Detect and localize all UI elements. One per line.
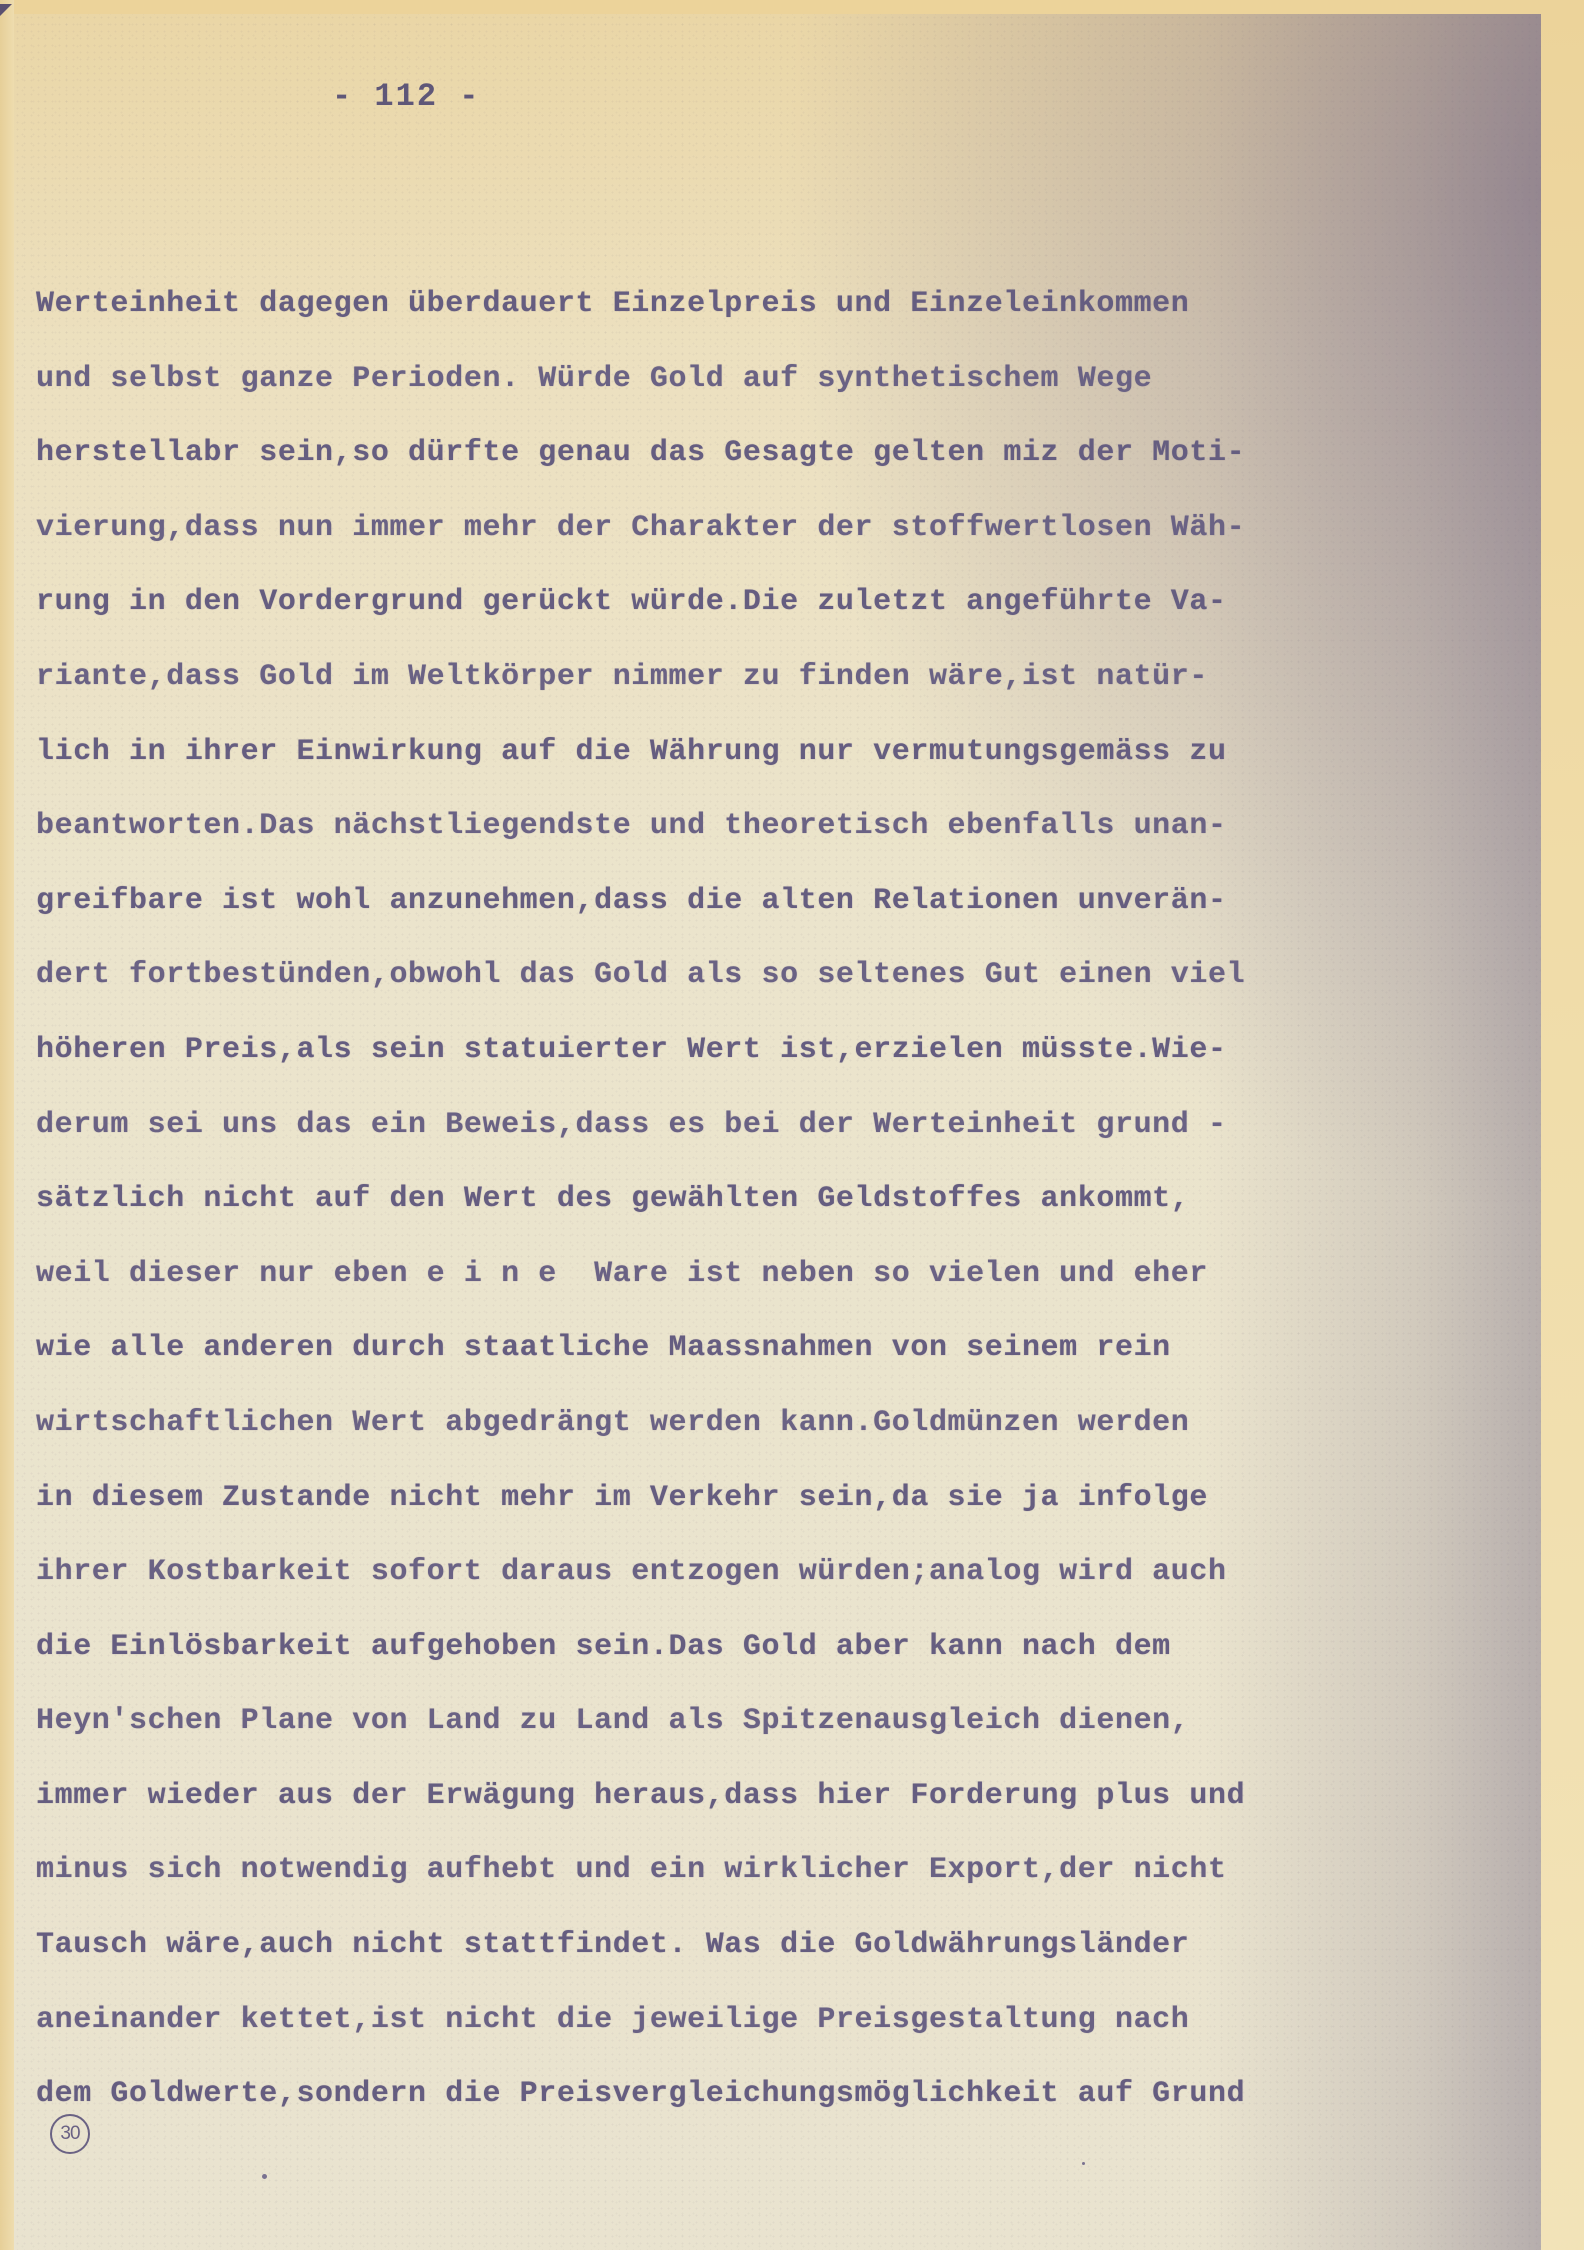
page-number: - 112 - <box>332 78 480 115</box>
text-line: wirtschaftlichen Wert abgedrängt werden … <box>36 1403 1516 1478</box>
text-line: Tausch wäre,auch nicht stattfindet. Was … <box>36 1925 1516 2000</box>
circled-page-mark: 30 <box>50 2114 90 2154</box>
text-line: sätzlich nicht auf den Wert des gewählte… <box>36 1179 1516 1254</box>
text-line: und selbst ganze Perioden. Würde Gold au… <box>36 359 1516 434</box>
text-line: dert fortbestünden,obwohl das Gold als s… <box>36 955 1516 1030</box>
corner-mark <box>0 4 12 16</box>
text-line: aneinander kettet,ist nicht die jeweilig… <box>36 2000 1516 2075</box>
text-line: greifbare ist wohl anzunehmen,dass die a… <box>36 881 1516 956</box>
text-line: immer wieder aus der Erwägung heraus,das… <box>36 1776 1516 1851</box>
text-line: beantworten.Das nächstliegendste und the… <box>36 806 1516 881</box>
text-line: ihrer Kostbarkeit sofort daraus entzogen… <box>36 1552 1516 1627</box>
text-line: in diesem Zustande nicht mehr im Verkehr… <box>36 1478 1516 1553</box>
text-line: weil dieser nur eben e i n e Ware ist ne… <box>36 1254 1516 1329</box>
ink-speck <box>1082 2162 1085 2165</box>
text-line: minus sich notwendig aufhebt und ein wir… <box>36 1850 1516 1925</box>
text-line: herstellabr sein,so dürfte genau das Ges… <box>36 433 1516 508</box>
text-line: Heyn'schen Plane von Land zu Land als Sp… <box>36 1701 1516 1776</box>
text-line: riante,dass Gold im Weltkörper nimmer zu… <box>36 657 1516 732</box>
typewritten-page: - 112 - Werteinheit dagegen überdauert E… <box>14 14 1541 2250</box>
text-line: dem Goldwerte,sondern die Preisvergleich… <box>36 2074 1516 2149</box>
text-line: Werteinheit dagegen überdauert Einzelpre… <box>36 284 1516 359</box>
text-line: rung in den Vordergrund gerückt würde.Di… <box>36 582 1516 657</box>
binding-edge <box>0 0 14 2250</box>
text-line: wie alle anderen durch staatliche Maassn… <box>36 1328 1516 1403</box>
text-line: höheren Preis,als sein statuierter Wert … <box>36 1030 1516 1105</box>
text-line: vierung,dass nun immer mehr der Charakte… <box>36 508 1516 583</box>
text-line: lich in ihrer Einwirkung auf die Währung… <box>36 732 1516 807</box>
text-line: die Einlösbarkeit aufgehoben sein.Das Go… <box>36 1627 1516 1702</box>
body-text: Werteinheit dagegen überdauert Einzelpre… <box>36 284 1516 2149</box>
ink-speck <box>262 2174 267 2179</box>
text-line: derum sei uns das ein Beweis,dass es bei… <box>36 1105 1516 1180</box>
